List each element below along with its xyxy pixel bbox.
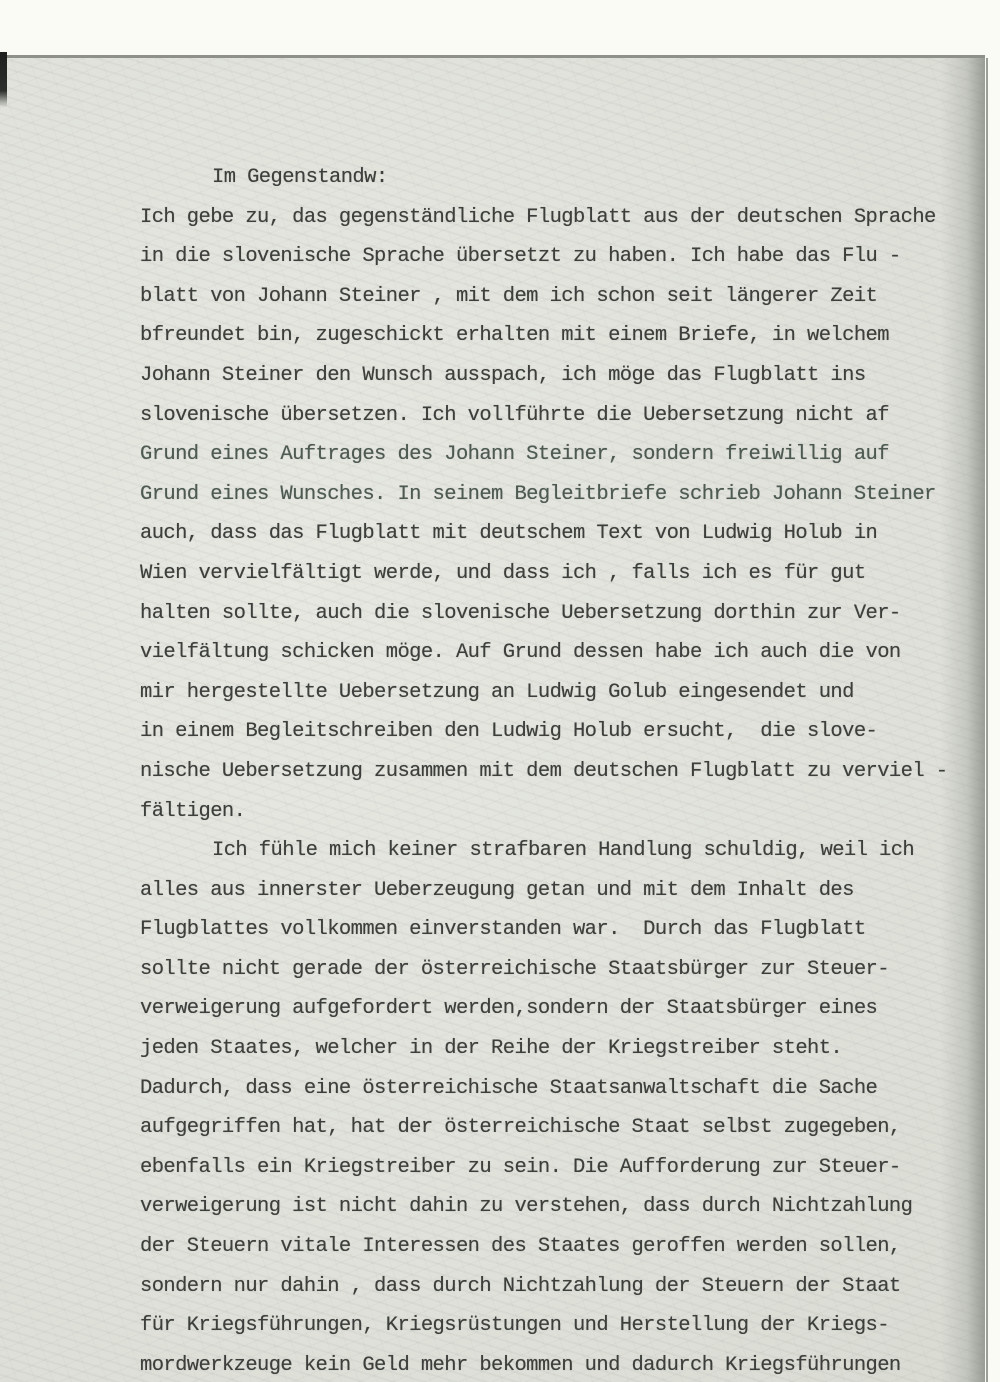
text-line: für Kriegsführungen, Kriegsrüstungen und… xyxy=(140,1306,970,1346)
text-line: aufgegriffen hat, hat der österreichisch… xyxy=(140,1108,970,1148)
text-line: alles aus innerster Ueberzeugung getan u… xyxy=(140,871,970,911)
text-line: Dadurch, dass eine österreichische Staat… xyxy=(140,1069,970,1109)
text-line: verweigerung ist nicht dahin zu verstehe… xyxy=(140,1187,970,1227)
text-line: mir hergestellte Uebersetzung an Ludwig … xyxy=(140,673,970,713)
text-line: Johann Steiner den Wunsch ausspach, ich … xyxy=(140,356,970,396)
text-line: Grund eines Wunsches. In seinem Begleitb… xyxy=(140,475,970,515)
scanned-page: Im Gegenstandw: Ich gebe zu, das gegenst… xyxy=(0,0,1000,1382)
text-line: sondern nur dahin , dass durch Nichtzahl… xyxy=(140,1267,970,1307)
text-line: Ich gebe zu, das gegenständliche Flugbla… xyxy=(140,198,970,238)
text-line: auch, dass das Flugblatt mit deutschem T… xyxy=(140,514,970,554)
text-line: Flugblattes vollkommen einverstanden war… xyxy=(140,910,970,950)
scan-right-border xyxy=(986,58,988,1382)
text-line: blatt von Johann Steiner , mit dem ich s… xyxy=(140,277,970,317)
text-line: in einem Begleitschreiben den Ludwig Hol… xyxy=(140,712,970,752)
text-line: verweigerung aufgefordert werden,sondern… xyxy=(140,989,970,1029)
text-line: vielfältung schicken möge. Auf Grund des… xyxy=(140,633,970,673)
text-line: ebenfalls ein Kriegstreiber zu sein. Die… xyxy=(140,1148,970,1188)
text-line: jeden Staates, welcher in der Reihe der … xyxy=(140,1029,970,1069)
text-line: mordwerkzeuge kein Geld mehr bekommen un… xyxy=(140,1346,970,1382)
text-line: nische Uebersetzung zusammen mit dem deu… xyxy=(140,752,970,792)
text-line: Grund eines Auftrages des Johann Steiner… xyxy=(140,435,970,475)
text-line: sollte nicht gerade der österreichische … xyxy=(140,950,970,990)
text-line: der Steuern vitale Interessen des Staate… xyxy=(140,1227,970,1267)
text-line: halten sollte, auch die slovenische Uebe… xyxy=(140,594,970,634)
text-line: fältigen. xyxy=(140,792,970,832)
text-line: bfreundet bin, zugeschickt erhalten mit … xyxy=(140,316,970,356)
document-heading: Im Gegenstandw: xyxy=(140,158,970,198)
typewritten-text: Im Gegenstandw: Ich gebe zu, das gegenst… xyxy=(140,158,970,1382)
scan-edge-shadow xyxy=(0,52,7,107)
text-line: in die slovenische Sprache übersetzt zu … xyxy=(140,237,970,277)
text-line: slovenische übersetzen. Ich vollführte d… xyxy=(140,396,970,436)
text-line: Ich fühle mich keiner strafbaren Handlun… xyxy=(140,831,970,871)
text-line: Wien vervielfältigt werde, und dass ich … xyxy=(140,554,970,594)
